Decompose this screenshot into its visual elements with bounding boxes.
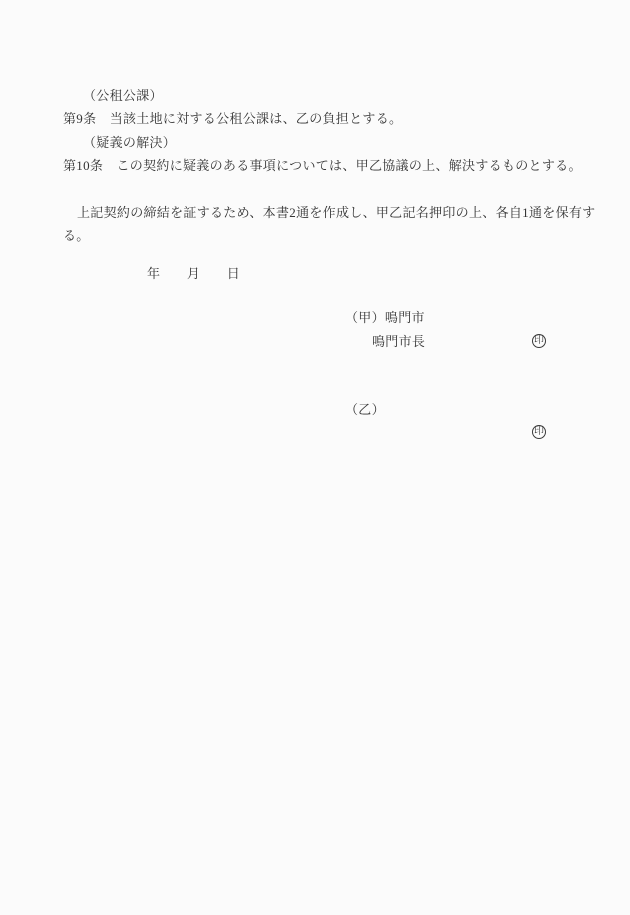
clause-10-heading: （疑義の解決） [83,135,176,150]
party-b-seal-stamp-icon: 印 [532,425,546,439]
clause-9-heading: （公租公課） [83,88,163,103]
clause-9-text: 第9条 当該土地に対する公租公課は、乙の負担とする。 [63,111,402,126]
date-line: 年 月 日 [147,266,240,281]
party-a-seal-stamp-icon: 印 [532,334,546,348]
party-a-title: 鳴門市長 [372,334,425,349]
closing-paragraph-line-1: 上記契約の締結を証するため、本書2通を作成し、甲乙記名押印の上、各自1通を保有す [77,205,595,220]
clause-10-text: 第10条 この契約に疑義のある事項については、甲乙協議の上、解決するものとする。 [63,158,582,173]
closing-paragraph-line-2: る。 [63,228,90,243]
party-a-label: （甲）鳴門市 [345,310,425,325]
party-b-label: （乙） [345,402,385,417]
contract-document-page: （公租公課） 第9条 当該土地に対する公租公課は、乙の負担とする。 （疑義の解決… [0,0,630,915]
